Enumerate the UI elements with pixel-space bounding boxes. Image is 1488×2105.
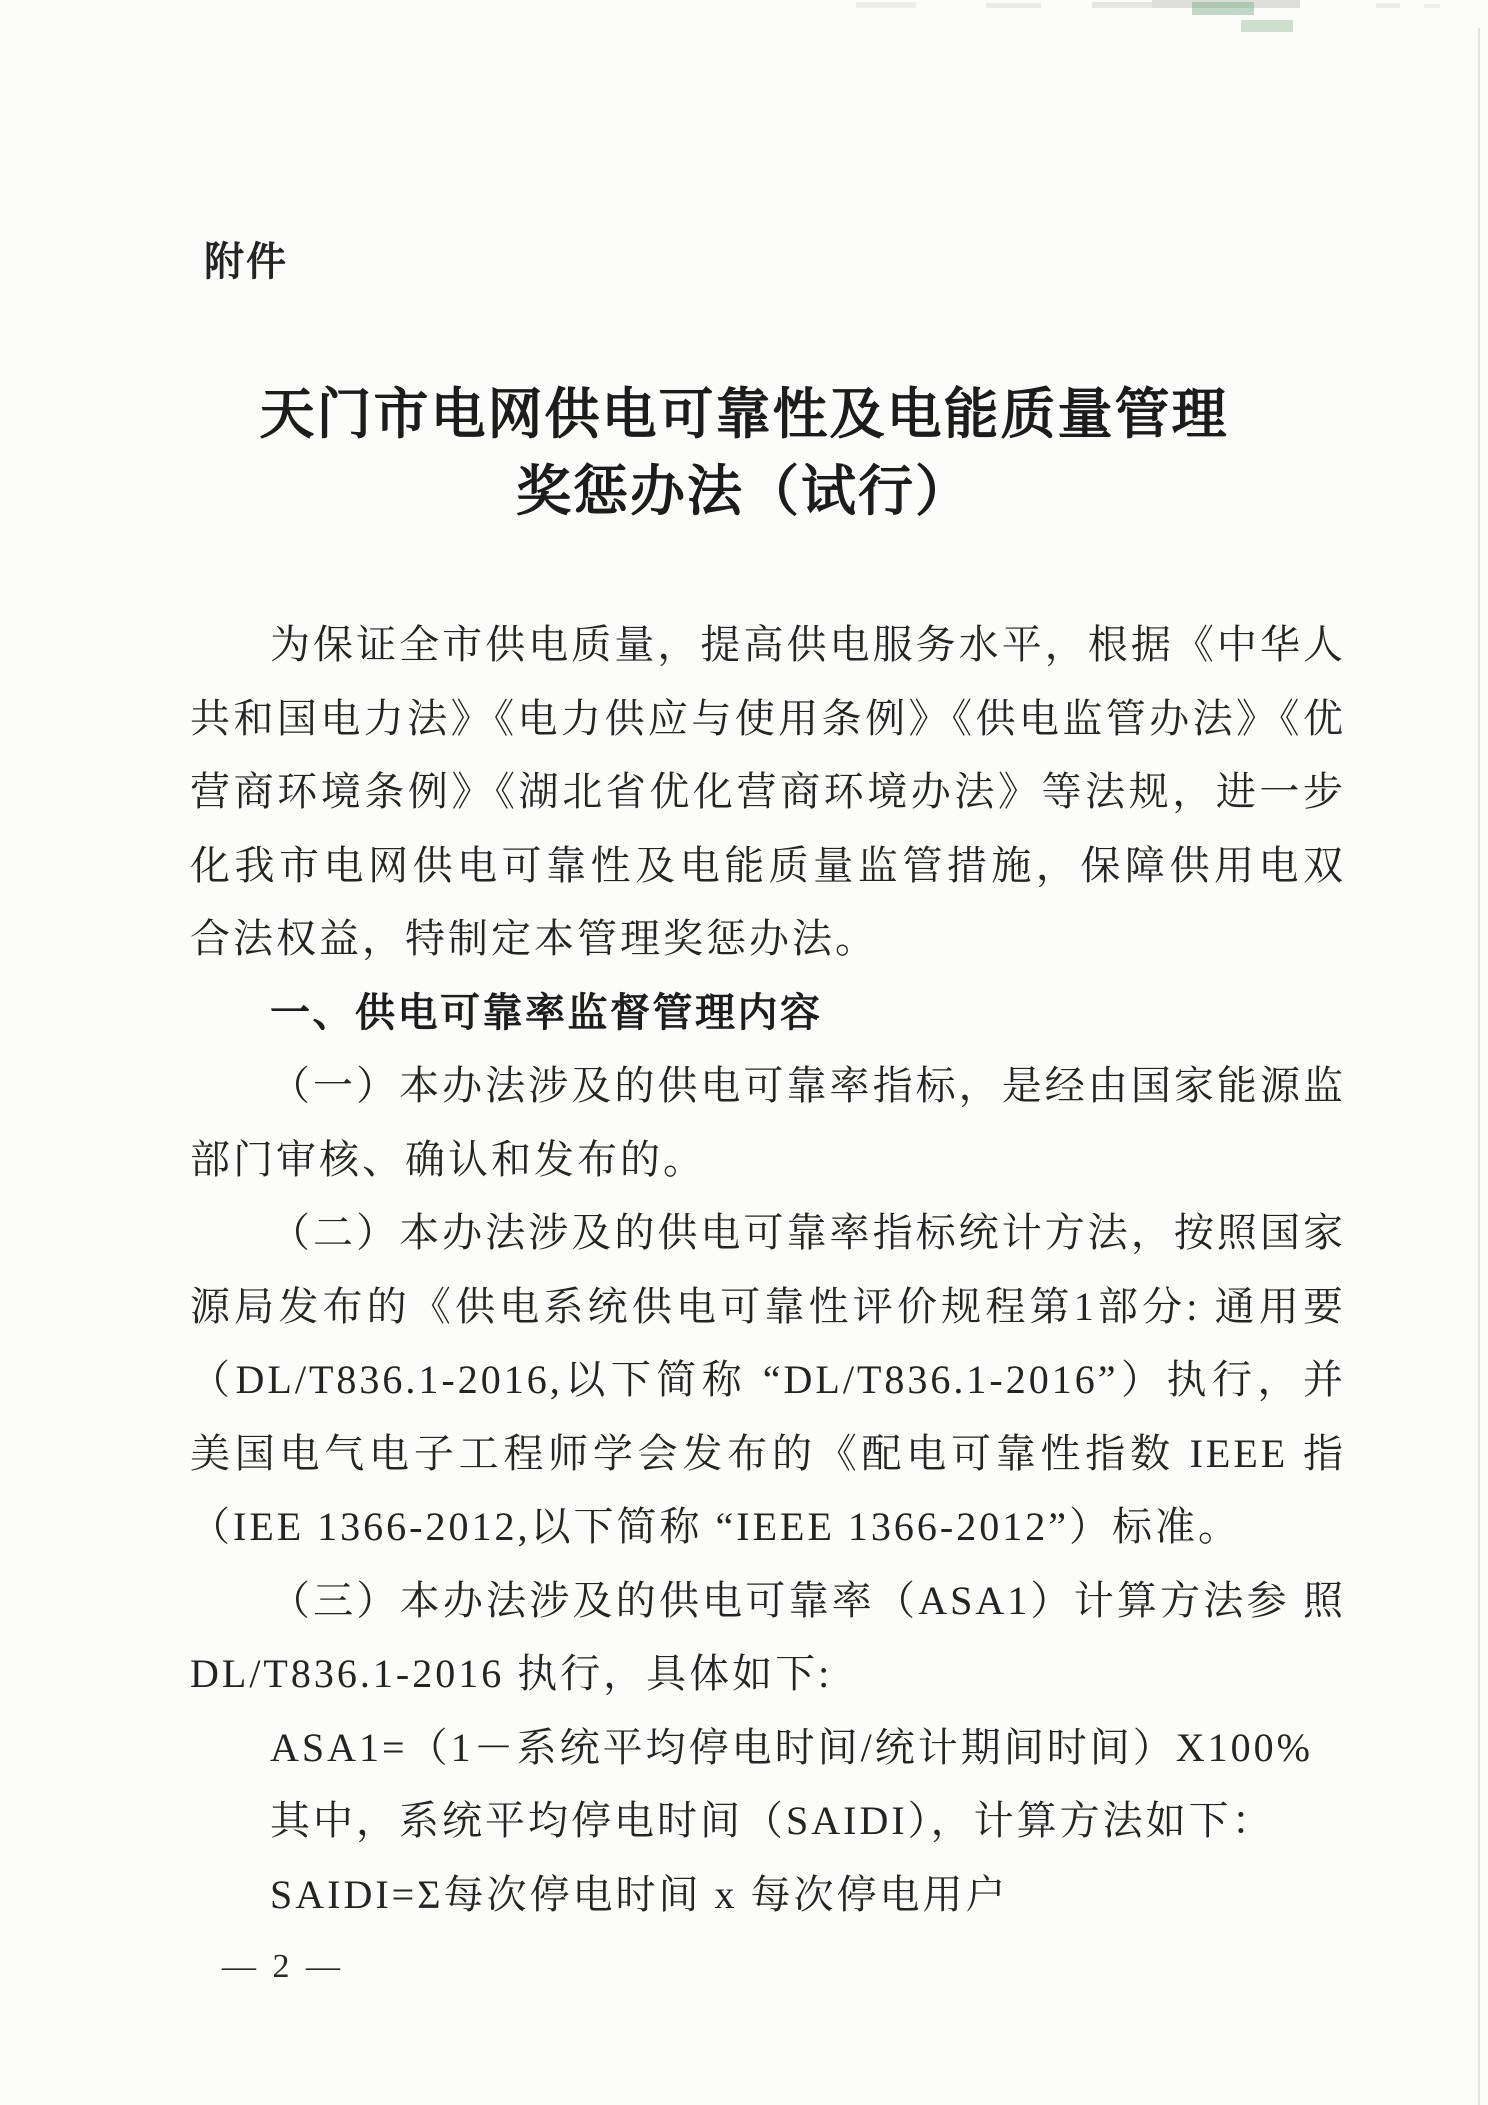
text-line: SAIDI=Σ每次停电时间 x 每次停电用户 [190, 1858, 1346, 1932]
document-page: 附件 天门市电网供电可靠性及电能质量管理 奖惩办法（试行） 为保证全市供电质量，… [0, 0, 1488, 2105]
text-line: DL/T836.1-2016 执行，具体如下: [190, 1637, 1346, 1711]
text-line: （三）本办法涉及的供电可靠率（ASA1）计算方法参 照 [190, 1564, 1346, 1638]
text-line: ASA1=（1－系统平均停电时间/统计期间时间）X100% [190, 1711, 1346, 1785]
text-line: （IEE 1366-2012,以下简称 “IEEE 1366-2012”）标准。 [190, 1490, 1346, 1564]
section-heading: 一、供电可靠率监督管理内容 [190, 976, 1346, 1050]
scan-edge-line [1478, 28, 1480, 2105]
text-line: 部门审核、确认和发布的。 [190, 1123, 1346, 1197]
text-line: 营商环境条例》《湖北省优化营商环境办法》等法规，进一步细 [190, 755, 1346, 829]
document-body: 为保证全市供电质量，提高供电服务水平，根据《中华人民共和国电力法》《电力供应与使… [190, 0, 1346, 2105]
text-line: （二）本办法涉及的供电可靠率指标统计方法，按照国家能 [190, 1196, 1346, 1270]
page-number: — 2 — [222, 1948, 344, 1986]
text-line: 共和国电力法》《电力供应与使用条例》《供电监管办法》《优化 [190, 682, 1346, 756]
text-line: 为保证全市供电质量，提高供电服务水平，根据《中华人民 [190, 608, 1346, 682]
text-line: 化我市电网供电可靠性及电能质量监管措施，保障供用电双方的 [190, 829, 1346, 903]
text-line: 美国电气电子工程师学会发布的《配电可靠性指数 IEEE 指南》 [190, 1417, 1346, 1491]
scan-artifact [1424, 4, 1440, 8]
scan-artifact [1376, 3, 1400, 8]
text-line: （一）本办法涉及的供电可靠率指标，是经由国家能源监管 [190, 1049, 1346, 1123]
text-line: （DL/T836.1-2016,以下简称 “DL/T836.1-2016”）执行… [190, 1343, 1346, 1417]
text-line: 合法权益，特制定本管理奖惩办法。 [190, 902, 1346, 976]
text-line: 源局发布的《供电系统供电可靠性评价规程第1部分: 通用要求》 [190, 1270, 1346, 1344]
text-line: 其中，系统平均停电时间（SAIDI），计算方法如下： [190, 1784, 1346, 1858]
